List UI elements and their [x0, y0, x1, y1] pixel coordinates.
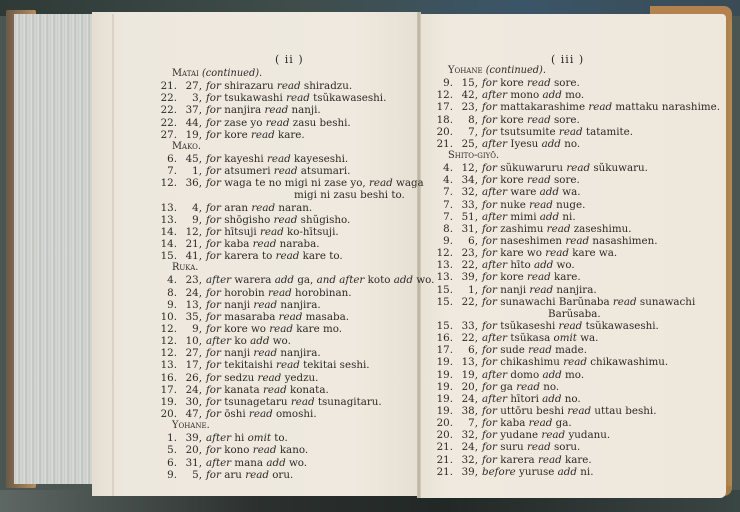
chapter-number: 16.: [436, 332, 453, 344]
correction-text: mono: [510, 89, 539, 101]
correction-text: nanjira.: [280, 347, 320, 359]
correction-instruction: add: [394, 274, 413, 286]
correction-text: nanjira: [224, 104, 261, 116]
correction-text: waga te no migi ni zase yo,: [224, 177, 365, 189]
verse-number: 27,: [177, 347, 202, 359]
chapter-number: 20.: [436, 417, 453, 429]
correction-instruction: for: [206, 238, 221, 250]
correction-text: domo: [510, 369, 539, 381]
correction-text: horobin: [224, 287, 264, 299]
correction-instruction: after: [482, 186, 507, 198]
verse-number: 23,: [453, 101, 478, 113]
correction-instruction: and after: [317, 274, 365, 286]
correction-instruction: for: [482, 344, 497, 356]
correction-text: mana: [234, 457, 263, 469]
correction-text: tsunagetaru: [224, 396, 287, 408]
correction-text: tsŭkaseshi: [500, 320, 555, 332]
chapter-number: 9.: [160, 299, 177, 311]
correction-text: kare mo.: [296, 323, 342, 335]
correction-instruction: read: [251, 129, 275, 141]
correction-instruction: read: [274, 165, 298, 177]
correction-text: uttōru beshi: [500, 405, 564, 417]
chapter-number: 9.: [160, 469, 177, 481]
verse-number: 27,: [177, 80, 202, 92]
errata-entry: 15.22,for sunawachi Barŭnaba read sunawa…: [436, 296, 720, 308]
correction-text: tsŭkasa: [510, 332, 550, 344]
verse-number: 21,: [177, 238, 202, 250]
correction-instruction: add: [540, 186, 559, 198]
section-heading: Shito-giyō.: [436, 150, 720, 162]
correction-instruction: after: [482, 259, 507, 271]
errata-entry: 20.47,for ōshi read omoshi.: [160, 408, 434, 420]
correction-instruction: before: [482, 466, 516, 478]
correction-instruction: for: [482, 199, 497, 211]
chapter-number: 15.: [160, 250, 177, 262]
verse-number: 31,: [453, 223, 478, 235]
verse-number: 24,: [453, 393, 478, 405]
verse-number: 6,: [453, 344, 478, 356]
heading-suffix: (continued).: [486, 65, 546, 76]
correction-text: oru.: [272, 469, 293, 481]
correction-instruction: read: [527, 441, 551, 453]
correction-instruction: read: [253, 238, 277, 250]
correction-instruction: read: [264, 104, 288, 116]
correction-instruction: for: [206, 165, 221, 177]
correction-instruction: after: [482, 138, 507, 150]
correction-instruction: for: [206, 226, 221, 238]
book-name: Yohane.: [172, 420, 210, 431]
correction-instruction: read: [565, 235, 589, 247]
book-name: Ruka.: [172, 262, 198, 273]
correction-text: suru: [500, 441, 523, 453]
correction-text: sore.: [554, 174, 580, 186]
correction-text: kaba: [500, 417, 525, 429]
correction-text: sunawachi: [640, 296, 695, 308]
correction-instruction: for: [206, 80, 221, 92]
book-name: Yohane: [448, 65, 483, 76]
correction-text: warera: [234, 274, 271, 286]
correction-text: kano.: [280, 444, 308, 456]
chapter-number: 4.: [436, 162, 453, 174]
correction-text: nuge.: [556, 199, 585, 211]
verse-number: 5,: [177, 469, 202, 481]
verse-number: 12,: [177, 226, 202, 238]
correction-text: kore: [500, 174, 523, 186]
correction-text: nanji: [500, 284, 526, 296]
book-name: Mako.: [172, 141, 201, 152]
correction-text: kore: [500, 271, 523, 283]
correction-instruction: after: [206, 432, 231, 444]
chapter-number: 17.: [436, 101, 453, 113]
errata-entry: 20.7,for tsutsumite read tatamite.: [436, 126, 720, 138]
correction-text: mattaku narashime.: [615, 101, 720, 113]
chapter-number: 4.: [160, 274, 177, 286]
verse-number: 23,: [177, 274, 202, 286]
correction-instruction: read: [613, 296, 637, 308]
correction-text: made.: [555, 344, 587, 356]
correction-text: chikashimu: [500, 356, 560, 368]
errata-entry: 19.30,for tsunagetaru read tsunagitaru.: [160, 396, 434, 408]
errata-entry: 4.23,after warera add ga, and after koto…: [160, 274, 434, 286]
correction-text: nanji: [224, 299, 250, 311]
correction-text: yudanu.: [568, 429, 610, 441]
errata-entry: 5.20,for kono read kano.: [160, 444, 434, 456]
correction-text: no.: [543, 381, 559, 393]
correction-instruction: read: [276, 250, 300, 262]
correction-text: karera: [500, 454, 534, 466]
errata-entry: 14.12,for hītsuji read ko-hītsuji.: [160, 226, 434, 238]
verse-number: 44,: [177, 117, 202, 129]
correction-instruction: for: [206, 214, 221, 226]
correction-instruction: for: [482, 235, 497, 247]
verse-number: 20,: [453, 381, 478, 393]
correction-instruction: after: [482, 332, 507, 344]
chapter-number: 15.: [436, 320, 453, 332]
errata-entry: 4.12,for sŭkuwaruru read sŭkuwaru.: [436, 162, 720, 174]
errata-entry: 10.35,for masaraba read masaba.: [160, 311, 434, 323]
chapter-number: 6.: [160, 457, 177, 469]
section-heading: Yohane (continued).: [436, 65, 720, 77]
verse-number: 38,: [453, 405, 478, 417]
verse-number: 51,: [453, 211, 478, 223]
correction-text: uttau beshi.: [594, 405, 656, 417]
errata-entry: 7.32,after ware add wa.: [436, 186, 720, 198]
correction-instruction: after: [482, 89, 507, 101]
correction-text: hītsuji: [224, 226, 256, 238]
correction-text: sŭkuwaru.: [593, 162, 648, 174]
correction-text: nasashimen.: [592, 235, 657, 247]
correction-instruction: add: [250, 335, 269, 347]
correction-text: naseshimen: [500, 235, 562, 247]
correction-text: kare to.: [303, 250, 343, 262]
errata-entry: 6.31,after mana add wo.: [160, 457, 434, 469]
chapter-number: 20.: [436, 126, 453, 138]
chapter-number: 19.: [436, 356, 453, 368]
errata-entry: 12.9,for kore wo read kare mo.: [160, 323, 434, 335]
correction-instruction: read: [276, 359, 300, 371]
correction-instruction: for: [206, 129, 221, 141]
correction-instruction: read: [277, 80, 301, 92]
verse-number: 9,: [177, 214, 202, 226]
correction-text: wa.: [562, 186, 580, 198]
correction-text: konata.: [290, 384, 329, 396]
chapter-number: 17.: [160, 384, 177, 396]
correction-instruction: for: [206, 177, 221, 189]
correction-instruction: for: [206, 384, 221, 396]
correction-instruction: read: [527, 114, 551, 126]
correction-text: sore.: [554, 77, 580, 89]
correction-text: yedzu.: [285, 372, 319, 384]
chapter-number: 7.: [160, 165, 177, 177]
chapter-number: 12.: [160, 347, 177, 359]
verse-number: 10,: [177, 335, 202, 347]
chapter-number: 13.: [436, 259, 453, 271]
correction-text: zasu beshi.: [293, 117, 351, 129]
chapter-number: 8.: [160, 287, 177, 299]
chapter-number: 12.: [436, 247, 453, 259]
chapter-number: 22.: [160, 92, 177, 104]
correction-instruction: for: [482, 320, 497, 332]
verse-number: 37,: [177, 104, 202, 116]
chapter-number: 10.: [160, 311, 177, 323]
errata-entry: 27.19,for kore read kare.: [160, 129, 434, 141]
verse-number: 7,: [453, 417, 478, 429]
correction-instruction: read: [516, 381, 540, 393]
correction-instruction: read: [269, 323, 293, 335]
correction-instruction: for: [482, 174, 497, 186]
chapter-number: 12.: [160, 177, 177, 189]
correction-instruction: read: [588, 101, 612, 113]
correction-text: hītori: [510, 393, 538, 405]
correction-text: kaba: [224, 238, 249, 250]
chapter-number: 8.: [436, 223, 453, 235]
book-name: Shito-giyō.: [448, 150, 499, 161]
correction-instruction: for: [482, 247, 497, 259]
errata-entry: 17.24,for kanata read konata.: [160, 384, 434, 396]
verse-number: 35,: [177, 311, 202, 323]
correction-text: to.: [274, 432, 287, 444]
chapter-number: 19.: [436, 381, 453, 393]
errata-entry: 13.22,after hīto add wo.: [436, 259, 720, 271]
errata-entry: 15.41,for karera to read kare to.: [160, 250, 434, 262]
correction-instruction: for: [482, 114, 497, 126]
correction-instruction: for: [482, 454, 497, 466]
correction-text: karera to: [224, 250, 272, 262]
verse-number: 6,: [453, 235, 478, 247]
correction-text: naraba.: [280, 238, 320, 250]
chapter-number: 21.: [436, 138, 453, 150]
errata-entry: 22.44,for zase yo read zasu beshi.: [160, 117, 434, 129]
errata-entry: 22.37,for nanjira read nanji.: [160, 104, 434, 116]
correction-text: aru: [224, 469, 242, 481]
correction-text: tekitai seshi.: [303, 359, 369, 371]
errata-entry: 20.7,for kaba read ga.: [436, 417, 720, 429]
errata-entry: 6.45,for kayeshi read kayeseshi.: [160, 153, 434, 165]
errata-entry: 16.22,after tsŭkasa omit wa.: [436, 332, 720, 344]
correction-instruction: for: [482, 429, 497, 441]
errata-entry: 7.1,for atsumeri read atsumari.: [160, 165, 434, 177]
correction-text: tsutsumite: [500, 126, 555, 138]
correction-text: zase yo: [224, 117, 262, 129]
errata-entry: 17.6,for sude read made.: [436, 344, 720, 356]
correction-instruction: for: [206, 92, 221, 104]
correction-instruction: for: [206, 202, 221, 214]
chapter-number: 15.: [436, 284, 453, 296]
correction-instruction: for: [206, 359, 221, 371]
verse-number: 4,: [177, 202, 202, 214]
errata-entry: 21.39,before yuruse add ni.: [436, 466, 720, 478]
chapter-number: 21.: [436, 466, 453, 478]
page-edges-stack: [14, 14, 92, 484]
correction-text: zashimu: [500, 223, 543, 235]
chapter-number: 14.: [160, 226, 177, 238]
verse-number: 20,: [177, 444, 202, 456]
chapter-number: 19.: [436, 393, 453, 405]
correction-text: chikawashimu.: [590, 356, 668, 368]
correction-text: hīto: [510, 259, 530, 271]
correction-text: sore.: [554, 114, 580, 126]
correction-text: ko: [234, 335, 246, 347]
chapter-number: 19.: [436, 405, 453, 417]
correction-text: masaba.: [306, 311, 349, 323]
verse-number: 33,: [453, 199, 478, 211]
errata-entry: 7.33,for nuke read nuge.: [436, 199, 720, 211]
correction-text: kare.: [554, 271, 581, 283]
correction-text: nanjira.: [280, 299, 320, 311]
correction-text: ware: [510, 186, 536, 198]
correction-instruction: for: [206, 444, 221, 456]
correction-instruction: for: [206, 311, 221, 323]
correction-text: atsumeri: [224, 165, 270, 177]
correction-text: tatamite.: [586, 126, 633, 138]
correction-text: hi: [234, 432, 244, 444]
correction-instruction: add: [275, 274, 294, 286]
errata-entry: 13.39,for kore read kare.: [436, 271, 720, 283]
verse-number: 25,: [453, 138, 478, 150]
correction-instruction: read: [567, 405, 591, 417]
chapter-number: 22.: [160, 117, 177, 129]
errata-entry: 12.42,after mono add mo.: [436, 89, 720, 101]
correction-instruction: read: [541, 429, 565, 441]
correction-text: mo.: [565, 89, 584, 101]
correction-text: shiradzu.: [304, 80, 352, 92]
correction-text: ga,: [297, 274, 313, 286]
correction-instruction: read: [291, 396, 315, 408]
errata-entry: 16.26,for sedzu read yedzu.: [160, 372, 434, 384]
correction-instruction: for: [482, 284, 497, 296]
verse-number: 32,: [453, 454, 478, 466]
chapter-number: 21.: [436, 441, 453, 453]
verse-number: 9,: [177, 323, 202, 335]
correction-text: waga: [396, 177, 424, 189]
errata-entry: 15.1,for nanji read nanjira.: [436, 284, 720, 296]
verse-number: 1,: [177, 165, 202, 177]
correction-text: Iyesu: [510, 138, 538, 150]
correction-instruction: add: [542, 393, 561, 405]
correction-text: masaraba: [224, 311, 275, 323]
verse-number: 47,: [177, 408, 202, 420]
correction-instruction: for: [206, 323, 221, 335]
chapter-number: 27.: [160, 129, 177, 141]
correction-instruction: read: [538, 454, 562, 466]
chapter-number: 12.: [160, 335, 177, 347]
correction-instruction: read: [260, 226, 284, 238]
errata-entry: 19.13,for chikashimu read chikawashimu.: [436, 356, 720, 368]
chapter-number: 6.: [160, 153, 177, 165]
verse-number: 23,: [453, 247, 478, 259]
correction-text: mattakarashime: [500, 101, 585, 113]
verse-number: 24,: [177, 384, 202, 396]
correction-instruction: after: [206, 457, 231, 469]
errata-entry: 12.36,for waga te no migi ni zase yo, re…: [160, 177, 434, 189]
correction-text: nanji.: [291, 104, 320, 116]
correction-text: kayeseshi.: [294, 153, 348, 165]
chapter-number: 21.: [436, 454, 453, 466]
correction-text: ōshi: [224, 408, 245, 420]
errata-entry: 21.27,for shirazaru read shiradzu.: [160, 80, 434, 92]
verse-number: 39,: [453, 271, 478, 283]
correction-text: mimi: [510, 211, 536, 223]
correction-instruction: read: [268, 287, 292, 299]
section-heading: Matai (continued).: [160, 68, 434, 80]
correction-instruction: read: [258, 372, 282, 384]
correction-instruction: read: [529, 199, 553, 211]
correction-instruction: for: [206, 287, 221, 299]
correction-text: atsumari.: [301, 165, 351, 177]
correction-instruction: add: [542, 89, 561, 101]
verse-number: 24,: [453, 441, 478, 453]
correction-instruction: read: [253, 299, 277, 311]
correction-instruction: after: [206, 274, 231, 286]
correction-text: naran.: [278, 202, 312, 214]
verse-number: 13,: [177, 299, 202, 311]
verse-number: 24,: [177, 287, 202, 299]
errata-entry: 13.9,for shōgisho read shŭgisho.: [160, 214, 434, 226]
verse-number: 17,: [177, 359, 202, 371]
errata-entry: 13.17,for tekitaishi read tekitai seshi.: [160, 359, 434, 371]
correction-text: yudane: [500, 429, 538, 441]
errata-entry: 7.51,after mimi add ni.: [436, 211, 720, 223]
chapter-number: 9.: [436, 235, 453, 247]
correction-text: kare.: [278, 129, 305, 141]
correction-text: shōgisho: [224, 214, 270, 226]
correction-instruction: for: [206, 153, 221, 165]
correction-instruction: for: [206, 372, 221, 384]
verse-number: 36,: [177, 177, 202, 189]
correction-text: tsŭkawaseshi.: [586, 320, 659, 332]
errata-entry: 19.38,for uttōru beshi read uttau beshi.: [436, 405, 720, 417]
correction-text: aran: [224, 202, 248, 214]
errata-entry: 19.19,after domo add mo.: [436, 369, 720, 381]
correction-instruction: read: [253, 444, 277, 456]
correction-instruction: for: [206, 396, 221, 408]
correction-instruction: for: [482, 356, 497, 368]
correction-text: omoshi.: [276, 408, 317, 420]
book-name: Matai: [172, 68, 199, 79]
correction-text: nanjira.: [556, 284, 596, 296]
chapter-number: 5.: [160, 444, 177, 456]
correction-text: kare wa.: [572, 247, 617, 259]
correction-text: sedzu: [224, 372, 254, 384]
errata-entry: 19.20,for ga read no.: [436, 381, 720, 393]
errata-entry: 12.10,after ko add wo.: [160, 335, 434, 347]
correction-text: kore: [224, 129, 247, 141]
chapter-number: 15.: [436, 296, 453, 308]
correction-text: koto: [368, 274, 391, 286]
entry-continuation: migi ni zasu beshi to.: [160, 189, 434, 201]
correction-instruction: after: [206, 335, 231, 347]
correction-text: yuruse: [519, 466, 554, 478]
errata-entry: 20.32,for yudane read yudanu.: [436, 429, 720, 441]
correction-instruction: for: [206, 104, 221, 116]
correction-text: kayeshi: [224, 153, 264, 165]
errata-entry: 9.5,for aru read oru.: [160, 469, 434, 481]
correction-instruction: for: [482, 77, 497, 89]
errata-entry: 19.24,after hītori add no.: [436, 393, 720, 405]
correction-text: mo.: [565, 369, 584, 381]
verse-number: 22,: [453, 296, 478, 308]
correction-text: shŭgisho.: [301, 214, 351, 226]
errata-entry: 9.6,for naseshimen read nasashimen.: [436, 235, 720, 247]
left-page-number: ( ii ): [275, 53, 304, 66]
correction-instruction: read: [566, 162, 590, 174]
correction-instruction: for: [206, 250, 221, 262]
errata-entry: 17.23,for mattakarashime read mattaku na…: [436, 101, 720, 113]
correction-instruction: read: [527, 271, 551, 283]
correction-text: ga: [500, 381, 513, 393]
errata-entry: 18.8,for kore read sore.: [436, 114, 720, 126]
correction-text: horobinan.: [295, 287, 352, 299]
